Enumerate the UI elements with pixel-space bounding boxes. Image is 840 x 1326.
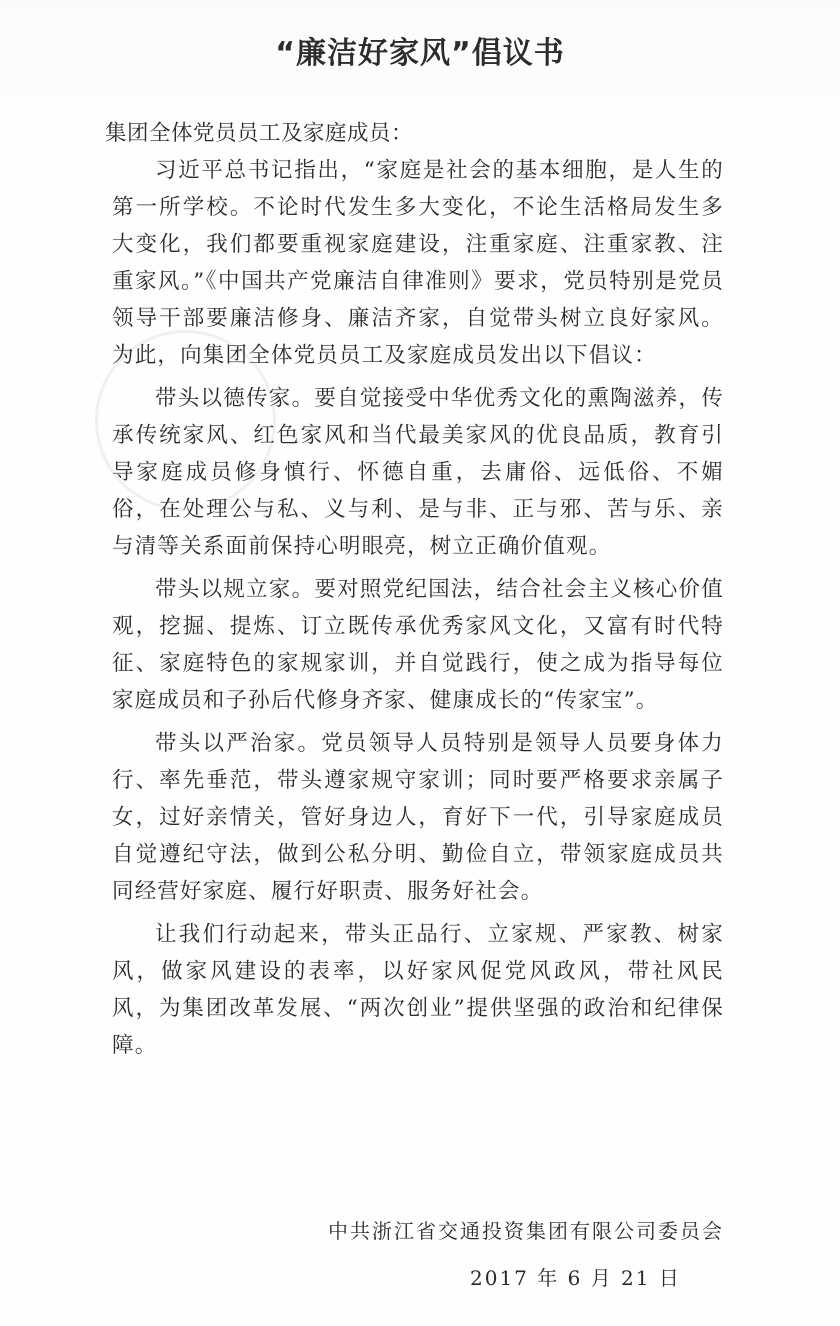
paragraph-virtue: 带头以德传家。要自觉接受中华优秀文化的熏陶滋养，传承传统家风、红色家风和当代最美… [112,380,724,565]
signature-organization: 中共浙江省交通投资集团有限公司委员会 [328,1215,724,1244]
paragraph-intro: 习近平总书记指出，“家庭是社会的基本细胞，是人生的第一所学校。不论时代发生多大变… [112,152,724,374]
signature-date: 2017 年 6 月 21 日 [470,1262,681,1291]
paragraph-call-to-action: 让我们行动起来，带头正品行、立家规、严家教、树家风，做家风建设的表率，以好家风促… [112,916,724,1064]
document-page: “廉洁好家风”倡议书 集团全体党员员工及家庭成员： 习近平总书记指出，“家庭是社… [0,0,840,1326]
document-body: 集团全体党员员工及家庭成员： 习近平总书记指出，“家庭是社会的基本细胞，是人生的… [112,115,724,1064]
paragraph-rules: 带头以规立家。要对照党纪国法，结合社会主义核心价值观，挖掘、提炼、订立既传承优秀… [112,571,724,719]
document-title: “廉洁好家风”倡议书 [0,28,840,72]
paragraph-strictness: 带头以严治家。党员领导人员特别是领导人员要身体力行、率先垂范，带头遵家规守家训；… [112,725,724,910]
salutation: 集团全体党员员工及家庭成员： [105,115,724,152]
